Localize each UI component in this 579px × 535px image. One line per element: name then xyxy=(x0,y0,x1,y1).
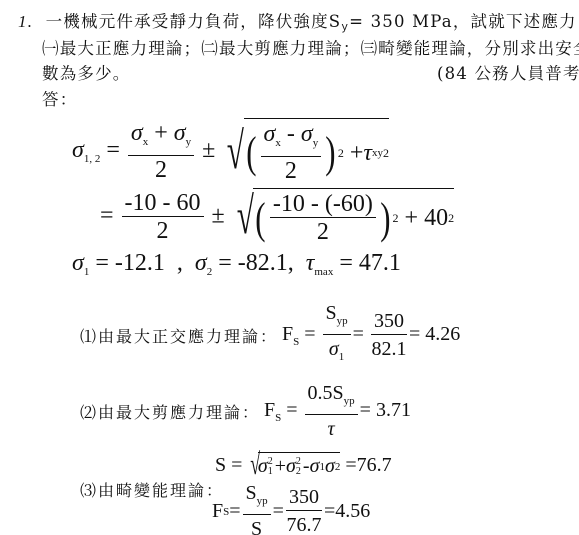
method-3-label-wrap: ⑶由畸變能理論： xyxy=(80,478,224,501)
method-3-equivalent-stress: S = √σ21 + σ22 - σ1σ2 = 76.7 xyxy=(215,450,392,480)
question-source: (84 公務人員普考) xyxy=(437,62,579,86)
method-3-result: 4.56 xyxy=(335,500,370,523)
method-3-label: ⑶由畸變能理論： xyxy=(80,481,224,500)
principal-stress-general-equation: σ1, 2 = σx + σy2 ± √(σx - σy2)2 + τxy2 xyxy=(72,118,389,185)
principal-stress-numeric-equation: = -10 - 602 ± √(-10 - (-60)2)2 + 402 xyxy=(100,188,454,246)
question-line-1: 1. 一機械元件承受靜力負荷，降伏強度Sy= 350 MPa，試就下述應力 情況… xyxy=(18,10,579,40)
question-line-2: ㈠最大正應力理論；㈡最大剪應力理論；㈢畸變能理論，分別求出安全係 xyxy=(42,37,579,61)
answer-label: 答： xyxy=(42,88,77,112)
sigma1-value: -12.1 xyxy=(115,250,165,276)
method-2-max-shear-stress: ⑵由最大剪應力理論： FS = 0.5Sypτ= 3.71 xyxy=(80,380,411,443)
question-number: 1. xyxy=(18,12,33,31)
method-1-label: ⑴由最大正交應力理論： xyxy=(80,324,278,347)
method-1-max-normal-stress: ⑴由最大正交應力理論： FS = Sypσ1= 35082.1= 4.26 xyxy=(80,300,460,371)
method-3-s-result: 76.7 xyxy=(357,454,392,477)
sigma2-value: -82.1 xyxy=(238,250,288,276)
tau-max-value: 47.1 xyxy=(359,250,401,276)
principal-stress-results: σ1 = -12.1 , σ2 = -82.1, τmax = 47.1 xyxy=(72,250,401,278)
question-line-3: 數為多少。 xyxy=(42,62,131,86)
method-2-label: ⑵由最大剪應力理論： xyxy=(80,400,260,423)
method-3-safety-factor: FS = SypS= 35076.7= 4.56 xyxy=(212,480,370,535)
method-2-result: 3.71 xyxy=(376,399,411,421)
method-1-result: 4.26 xyxy=(425,323,460,345)
